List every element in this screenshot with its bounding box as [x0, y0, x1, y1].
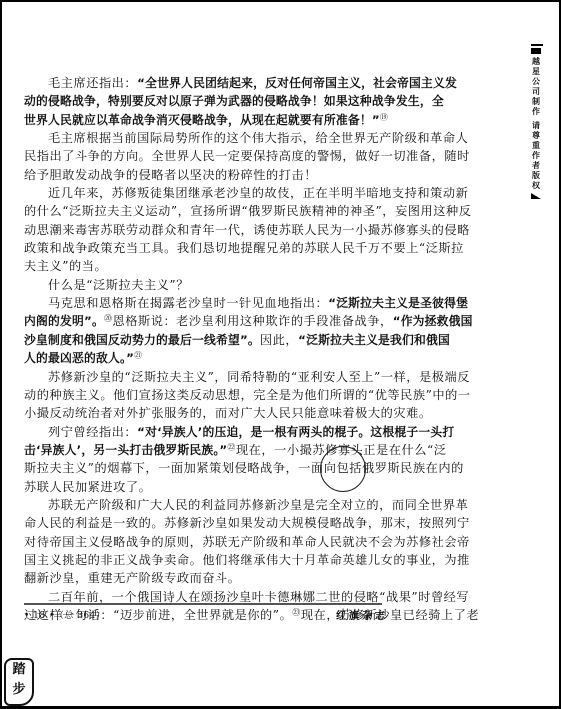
text-segment: 什么是“泛斯拉夫主义”？ — [48, 278, 189, 292]
text-line: 人的最凶恶的敌人。”㉑ — [24, 349, 382, 367]
text-line: 翻新沙皇，重建无产阶级专政而奋斗。 — [24, 569, 382, 587]
seal-char: 步 — [6, 680, 32, 700]
text-segment: 苏联无产阶级和广大人民的利益同苏修新沙皇是完全对立的，而同全世界革 — [48, 498, 468, 512]
text-segment: 政策和战争政策充当工具。我们恳切地提醒兄弟的苏联人民千万不要上“泛斯拉 — [24, 241, 464, 255]
text-segment: 给予胆敢发动战争的侵略者以坚决的粉碎性的打击！ — [24, 168, 317, 182]
text-line: 国主义挑起的非正义战争卖命。他们将继承伟大十月革命英雄儿女的事业，为推 — [24, 551, 382, 569]
article-body: 毛主席还指出：“全世界人民团结起来，反对任何帝国主义，社会帝国主义发动的侵略战争… — [24, 74, 382, 624]
text-segment: 近几年来，苏修叛徒集团继承老沙皇的故伎，正在半明半暗地支持和策动新 — [48, 186, 468, 200]
side-watermark-char: 版 — [531, 171, 541, 181]
text-segment: 的什么“泛斯拉夫主义运动”，宣扬所谓“俄罗斯民族精神的神圣”，妄图用这种反 — [24, 204, 471, 218]
bold-quote: “泛斯拉夫主义是圣彼得堡 — [328, 296, 468, 310]
text-segment: 夫主义”的当。 — [24, 259, 107, 273]
footer-rule — [24, 603, 382, 605]
text-line: 列宁曾经指出：“对‘异族人’的压迫，是一根有两头的棍子。这根棍子一头打 — [24, 423, 382, 441]
bold-quote: 内阁的发明”。 — [24, 314, 104, 328]
text-line: 动的种族主义。他们宣扬这类反动思想，完全是为他们所谓的“优等民族”中的一 — [24, 386, 382, 404]
page-border-left — [0, 0, 2, 709]
bold-quote: “对‘异族人’的压迫，是一根有两头的棍子。这根棍子一头打 — [137, 425, 454, 439]
side-watermark-char: 作 — [531, 151, 541, 161]
text-segment: 动思潮来毒害苏联劳动群众和青年一代，诱使苏联人民为一小撮苏修寡头的侵略 — [24, 223, 470, 237]
text-line: 命人民的利益是一致的。苏修新沙皇如果发动大规模侵略战争，那末，按照列宁 — [24, 514, 382, 532]
text-line: 毛主席根据当前国际局势所作的这个伟大指示，给全世界无产阶级和革命人 — [24, 129, 382, 147]
text-segment: 小撮反动统治者对外扩张服务的，而对广大人民只能意味着极大的灾难。 — [24, 406, 432, 420]
handwritten-circle-annotation — [320, 446, 366, 492]
page-number: • 18 •（总 364） — [24, 608, 105, 621]
side-watermark-char: 越 — [531, 57, 541, 67]
bold-quote: 人的最凶恶的敌人。” — [24, 351, 134, 365]
footnote-ref: ㉑ — [134, 351, 143, 360]
text-segment: 现在，苏修新沙皇已经骑上了老 — [301, 608, 479, 622]
text-segment: 国主义挑起的非正义战争卖命。他们将继承伟大十月革命英雄儿女的事业，为推 — [24, 553, 470, 567]
text-line: 毛主席还指出：“全世界人民团结起来，反对任何帝国主义，社会帝国主义发 — [24, 74, 382, 92]
seal-stamp-icon: 踏步 — [4, 658, 34, 706]
bold-quote: “作为拯救俄国 — [393, 314, 473, 328]
footnote-ref: ⑲ — [380, 113, 389, 122]
side-watermark-char: 作 — [531, 107, 541, 117]
side-watermark-triangle — [531, 193, 541, 199]
text-segment: 民指出了斗争的方向。全世界人民一定要保持高度的警惕，做好一切准备，随时 — [24, 149, 470, 163]
bold-quote: “全世界人民团结起来，反对任何帝国主义，社会帝国主义发 — [137, 76, 457, 90]
text-line: 对待帝国主义侵略战争的原则，苏联无产阶级和革命人民就决不会为苏修社会帝 — [24, 533, 382, 551]
bold-quote: 动的侵略战争，特别要反对以原子弹为武器的侵略战争！如果这种战争发生，全 — [24, 94, 444, 108]
text-line: 苏联无产阶级和广大人民的利益同苏修新沙皇是完全对立的，而同全世界革 — [24, 496, 382, 514]
side-watermark-rule — [531, 44, 543, 46]
text-segment: 二百年前，一个俄国诗人在颂扬沙皇叶卡德琳娜二世的侵略“战果”时曾经写 — [48, 590, 469, 604]
text-segment: 毛主席还指出： — [48, 76, 137, 90]
text-segment: 马克思和恩格斯在揭露老沙皇时一针见血地指出： — [48, 296, 328, 310]
text-line: 近几年来，苏修叛徒集团继承老沙皇的故伎，正在半明半暗地支持和策动新 — [24, 184, 382, 202]
text-segment: 苏修新沙皇的“泛斯拉夫主义”，同希特勒的“亚利安人至上”一样，是极端反 — [48, 370, 470, 384]
side-watermark-block — [531, 48, 541, 54]
bold-quote: 沙皇制度和俄国反动势力的最后一线希望”。 — [24, 333, 260, 347]
text-line: 世界人民就应以革命战争消灭侵略战争，从现在起就要有所准备！”⑲ — [24, 111, 382, 129]
bold-quote: 击‘异族人’，另一头打击俄罗斯民族。” — [24, 443, 227, 457]
text-line: 什么是“泛斯拉夫主义”？ — [24, 276, 382, 294]
text-segment: 翻新沙皇，重建无产阶级专政而奋斗。 — [24, 571, 241, 585]
text-line: 马克思和恩格斯在揭露老沙皇时一针见血地指出：“泛斯拉夫主义是圣彼得堡 — [24, 294, 382, 312]
page-border-top — [0, 0, 561, 2]
text-segment: 列宁曾经指出： — [48, 425, 137, 439]
bold-quote: 世界人民就应以革命战争消灭侵略战争，从现在起就要有所准备！” — [24, 113, 380, 127]
footnote-ref: ㉓ — [292, 608, 301, 617]
side-watermark: 越星公司制作请尊重作者版权 — [531, 44, 545, 199]
text-segment: 苏联人民加紧进攻了。 — [24, 480, 151, 494]
text-line: 给予胆敢发动战争的侵略者以坚决的粉碎性的打击！ — [24, 166, 382, 184]
side-watermark-char: 司 — [531, 87, 541, 97]
text-line: 小撮反动统治者对外扩张服务的，而对广大人民只能意味着极大的灾难。 — [24, 404, 382, 422]
text-segment: 恩格斯说：老沙皇利用这种欺诈的手段准备战争， — [113, 314, 393, 328]
text-line: 民指出了斗争的方向。全世界人民一定要保持高度的警惕，做好一切准备，随时 — [24, 147, 382, 165]
side-watermark-char: 者 — [531, 161, 541, 171]
side-watermark-char: 权 — [531, 181, 541, 191]
seal-char: 踏 — [6, 660, 32, 680]
text-line: 动的侵略战争，特别要反对以原子弹为武器的侵略战争！如果这种战争发生，全 — [24, 92, 382, 110]
text-line: 苏修新沙皇的“泛斯拉夫主义”，同希特勒的“亚利安人至上”一样，是极端反 — [24, 368, 382, 386]
text-segment: 对待帝国主义侵略战争的原则，苏联无产阶级和革命人民就决不会为苏修社会帝 — [24, 535, 470, 549]
bold-quote: “泛斯拉夫主义是我们和俄国 — [298, 333, 450, 347]
side-watermark-char: 公 — [531, 77, 541, 87]
side-watermark-char: 重 — [531, 141, 541, 151]
footnote-ref: ㉒ — [227, 443, 236, 452]
text-segment: 动的种族主义。他们宣扬这类反动思想，完全是为他们所谓的“优等民族”中的一 — [24, 388, 471, 402]
footnote-ref: ⑳ — [104, 314, 113, 323]
text-line: 动思潮来毒害苏联劳动群众和青年一代，诱使苏联人民为一小撮苏修寡头的侵略 — [24, 221, 382, 239]
text-line: 夫主义”的当。 — [24, 257, 382, 275]
text-segment: 命人民的利益是一致的。苏修新沙皇如果发动大规模侵略战争，那末，按照列宁 — [24, 516, 470, 530]
side-watermark-char: 请 — [531, 121, 541, 131]
side-watermark-char: 制 — [531, 97, 541, 107]
side-watermark-char: 星 — [531, 67, 541, 77]
text-line: 内阁的发明”。⑳恩格斯说：老沙皇利用这种欺诈的手段准备战争，“作为拯救俄国 — [24, 312, 382, 330]
side-watermark-text: 越星公司制作请尊重作者版权 — [531, 57, 545, 191]
text-line: 政策和战争政策充当工具。我们恳切地提醒兄弟的苏联人民千万不要上“泛斯拉 — [24, 239, 382, 257]
text-segment: 斯拉夫主义”的烟幕下，一面加紧策划侵略战争，一面向包括俄罗斯民族在内的 — [24, 461, 464, 475]
text-segment: 毛主席根据当前国际局势所作的这个伟大指示，给全世界无产阶级和革命人 — [48, 131, 468, 145]
publication-name: 红旗杂志 — [336, 607, 388, 622]
text-segment: 因此， — [260, 333, 298, 347]
text-line: 沙皇制度和俄国反动势力的最后一线希望”。因此，“泛斯拉夫主义是我们和俄国 — [24, 331, 382, 349]
text-line: 的什么“泛斯拉夫主义运动”，宣扬所谓“俄罗斯民族精神的神圣”，妄图用这种反 — [24, 202, 382, 220]
side-watermark-char: 尊 — [531, 131, 541, 141]
